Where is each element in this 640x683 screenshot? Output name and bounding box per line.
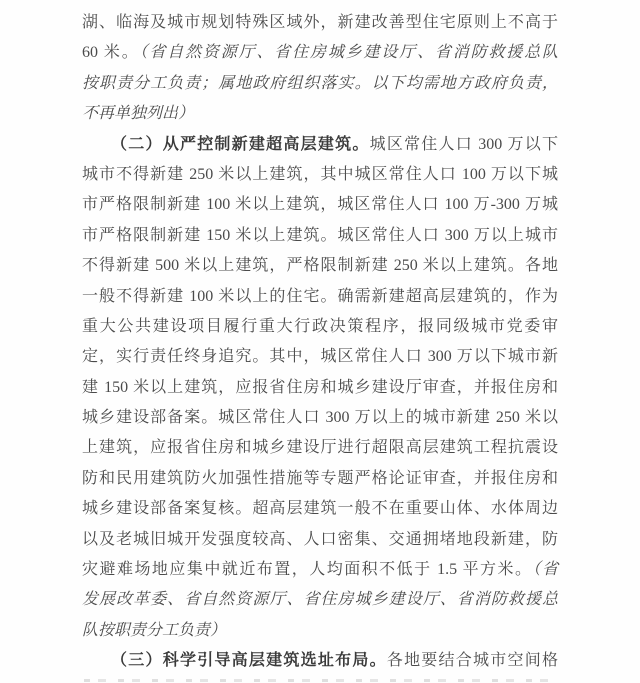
body-text: 定，实行责任终身追究。其中，城区常住人口 300 万以下城市新: [82, 348, 558, 365]
document-body: 湖、临海及城市规划特殊区域外，新建改善型住宅原则上不高于60 米。（省自然资源厅…: [82, 8, 558, 677]
text-line: 防和民用建筑防火加强性措施等专题严格论证审查，并报住房和: [82, 464, 558, 494]
text-line: 湖、临海及城市规划特殊区域外，新建改善型住宅原则上不高于: [82, 8, 558, 38]
text-line: 城市不得新建 250 米以上建筑，其中城区常住人口 100 万以下城: [82, 160, 558, 190]
attribution-text: 不再单独列出）: [82, 105, 194, 122]
body-text: 各地要结合城市空间格: [387, 652, 558, 669]
text-line: 市严格限制新建 150 米以上建筑。城区常住人口 300 万以上城市: [82, 221, 558, 251]
body-text: 城区常住人口 300 万以下: [370, 136, 558, 153]
body-text: 以及老城旧城开发强度较高、人口密集、交通拥堵地段新建，防: [82, 531, 558, 548]
body-text: 防和民用建筑防火加强性措施等专题严格论证审查，并报住房和: [82, 470, 558, 487]
text-line: 按职责分工负责；属地政府组织落实。以下均需地方政府负责，: [82, 69, 558, 99]
body-text: 湖、临海及城市规划特殊区域外，新建改善型住宅原则上不高于: [82, 14, 558, 31]
text-line: 建 150 米以上建筑，应报省住房和城乡建设厅审查，并报住房和: [82, 373, 558, 403]
body-text: 一般不得新建 100 米以上的住宅。确需新建超高层建筑的，作为: [82, 288, 558, 305]
body-text: 市严格限制新建 150 米以上建筑。城区常住人口 300 万以上城市: [82, 227, 558, 244]
section-heading: （二）从严控制新建超高层建筑。: [111, 136, 370, 153]
text-line: 城乡建设部备案。城区常住人口 300 万以上的城市新建 250 米以: [82, 403, 558, 433]
body-text: 城乡建设部备案。城区常住人口 300 万以上的城市新建 250 米以: [82, 409, 558, 426]
text-line: （三）科学引导高层建筑选址布局。各地要结合城市空间格: [82, 646, 558, 676]
text-line: 市严格限制新建 100 米以上建筑，城区常住人口 100 万-300 万城: [82, 190, 558, 220]
text-line: 发展改革委、省自然资源厅、省住房城乡建设厅、省消防救援总: [82, 585, 558, 615]
body-text: 60 米。: [82, 44, 140, 61]
text-line: 重大公共建设项目履行重大行政决策程序，报同级城市党委审: [82, 312, 558, 342]
body-text: 不得新建 500 米以上建筑，严格限制新建 250 米以上建筑。各地: [82, 257, 558, 274]
text-line: 不得新建 500 米以上建筑，严格限制新建 250 米以上建筑。各地: [82, 251, 558, 281]
attribution-text: 队按职责分工负责）: [82, 622, 226, 639]
text-line: 一般不得新建 100 米以上的住宅。确需新建超高层建筑的，作为: [82, 282, 558, 312]
text-line: 城乡建设部备案复核。超高层建筑一般不在重要山体、水体周边: [82, 494, 558, 524]
body-text: 城乡建设部备案复核。超高层建筑一般不在重要山体、水体周边: [82, 500, 558, 517]
body-text: 建 150 米以上建筑，应报省住房和城乡建设厅审查，并报住房和: [82, 379, 558, 396]
text-line: 灾避难场地应集中就近布置，人均面积不低于 1.5 平方米。（省: [82, 555, 558, 585]
text-line: 定，实行责任终身追究。其中，城区常住人口 300 万以下城市新: [82, 342, 558, 372]
document-page: 湖、临海及城市规划特殊区域外，新建改善型住宅原则上不高于60 米。（省自然资源厅…: [0, 0, 640, 683]
body-text: 重大公共建设项目履行重大行政决策程序，报同级城市党委审: [82, 318, 558, 335]
body-text: 灾避难场地应集中就近布置，人均面积不低于 1.5 平方米。: [82, 561, 533, 578]
attribution-text: 发展改革委、省自然资源厅、省住房城乡建设厅、省消防救援总: [82, 591, 558, 608]
text-line: 以及老城旧城开发强度较高、人口密集、交通拥堵地段新建，防: [82, 525, 558, 555]
text-line: （二）从严控制新建超高层建筑。城区常住人口 300 万以下: [82, 130, 558, 160]
attribution-text: （省自然资源厅、省住房城乡建设厅、省消防救援总队: [140, 44, 558, 61]
text-line: 不再单独列出）: [82, 99, 558, 129]
section-heading: （三）科学引导高层建筑选址布局。: [111, 652, 387, 669]
attribution-text: 按职责分工负责；属地政府组织落实。以下均需地方政府负责，: [82, 75, 558, 92]
body-text: 上建筑，应报省住房和城乡建设厅进行超限高层建筑工程抗震设: [82, 439, 558, 456]
attribution-text: （省: [533, 561, 558, 578]
body-text: 城市不得新建 250 米以上建筑，其中城区常住人口 100 万以下城: [82, 166, 558, 183]
text-line: 60 米。（省自然资源厅、省住房城乡建设厅、省消防救援总队: [82, 38, 558, 68]
body-text: 市严格限制新建 100 米以上建筑，城区常住人口 100 万-300 万城: [82, 196, 558, 213]
text-line: 队按职责分工负责）: [82, 616, 558, 646]
text-line: 上建筑，应报省住房和城乡建设厅进行超限高层建筑工程抗震设: [82, 433, 558, 463]
clipped-next-line-fragment: [84, 679, 556, 682]
